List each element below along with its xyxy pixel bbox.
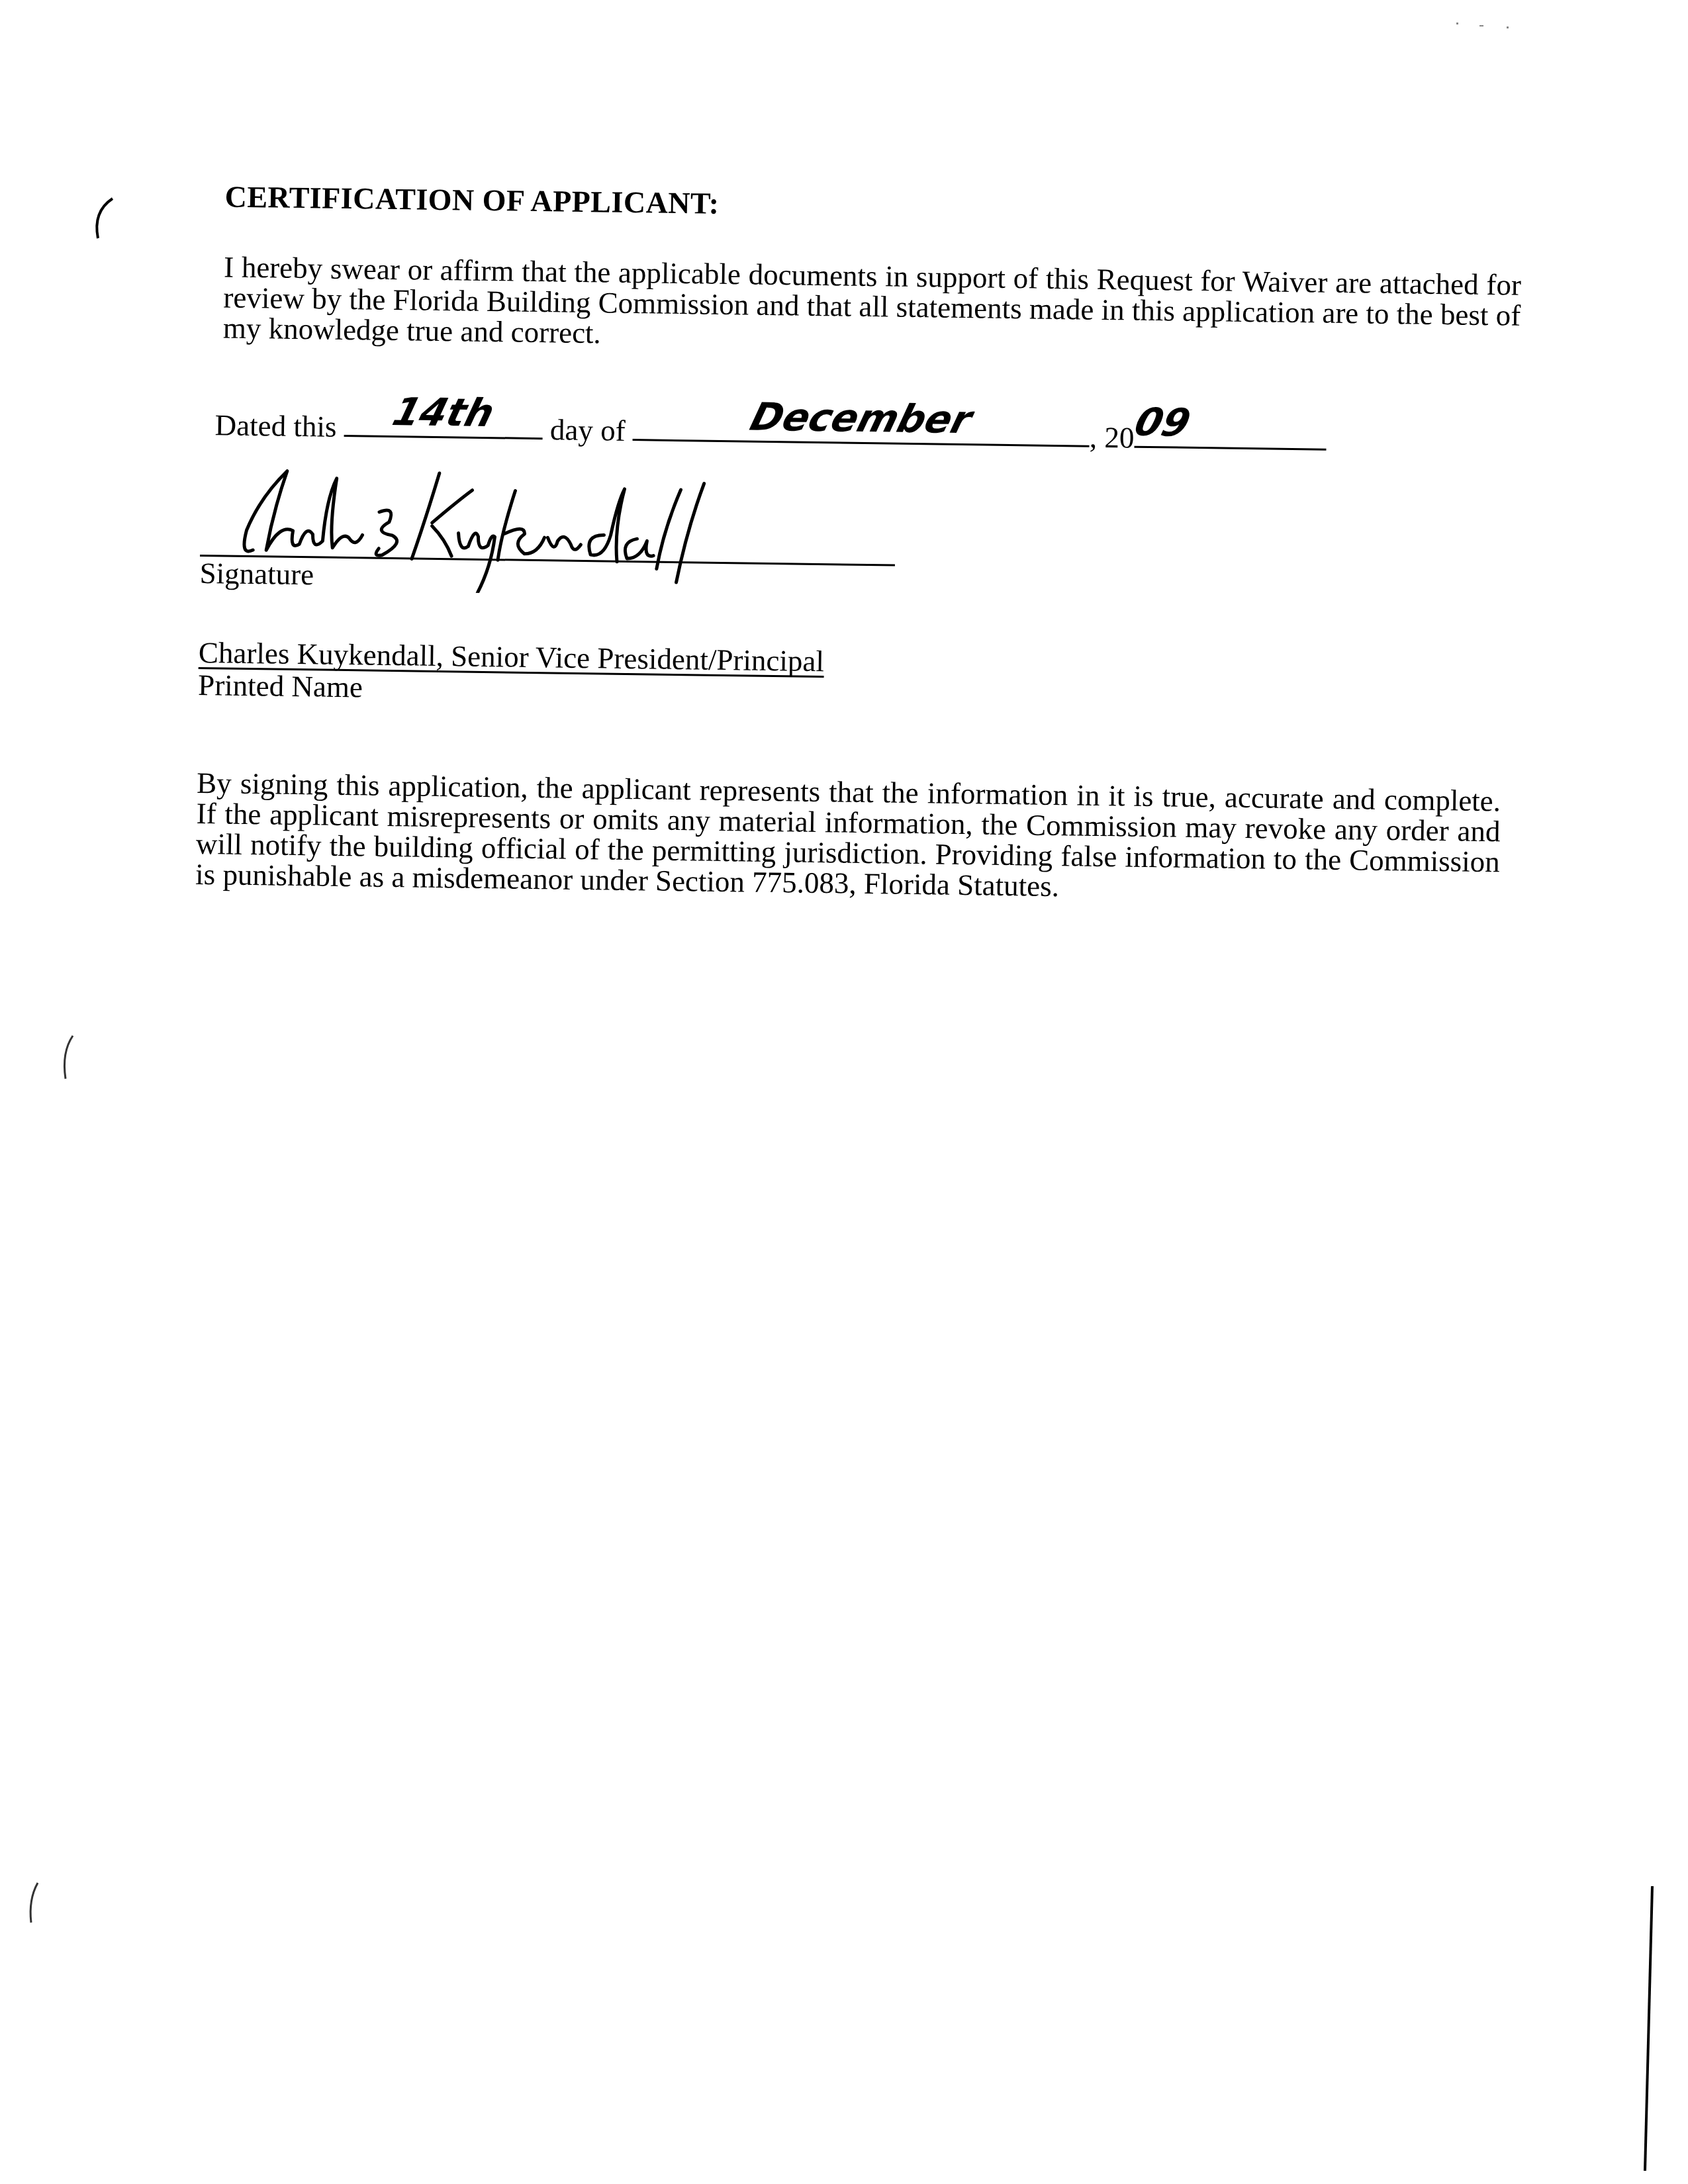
- day-field[interactable]: 14th: [344, 406, 543, 439]
- document-page: CERTIFICATION OF APPLICANT: I hereby swe…: [0, 0, 1688, 2184]
- hole-punch-mark-top: [86, 192, 126, 251]
- scan-edge-line: [1642, 1880, 1662, 2177]
- section-title: CERTIFICATION OF APPLICANT:: [224, 179, 720, 220]
- signature-label: Signature: [199, 556, 314, 592]
- disclaimer-paragraph: By signing this application, the applica…: [195, 768, 1501, 907]
- dated-prefix: Dated this: [214, 408, 336, 443]
- dated-middle: day of: [550, 413, 626, 447]
- year-value: 09: [1130, 400, 1333, 447]
- signature-block: Signature: [199, 470, 896, 592]
- date-line: Dated this 14th day of December, 2009: [214, 404, 1326, 457]
- hole-punch-mark-middle: [56, 1032, 83, 1092]
- certification-statement: I hereby swear or affirm that the applic…: [223, 251, 1522, 361]
- day-value: 14th: [338, 388, 549, 436]
- month-value: December: [627, 392, 1096, 443]
- year-field[interactable]: 09: [1134, 417, 1327, 451]
- hole-punch-mark-bottom: [23, 1880, 50, 1933]
- certification-section: CERTIFICATION OF APPLICANT: I hereby swe…: [205, 179, 1523, 197]
- scan-specks: [1450, 20, 1529, 33]
- printed-name-block: Charles Kuykendall, Senior Vice Presiden…: [198, 635, 824, 709]
- month-field[interactable]: December: [633, 410, 1090, 447]
- year-prefix: , 20: [1090, 421, 1135, 455]
